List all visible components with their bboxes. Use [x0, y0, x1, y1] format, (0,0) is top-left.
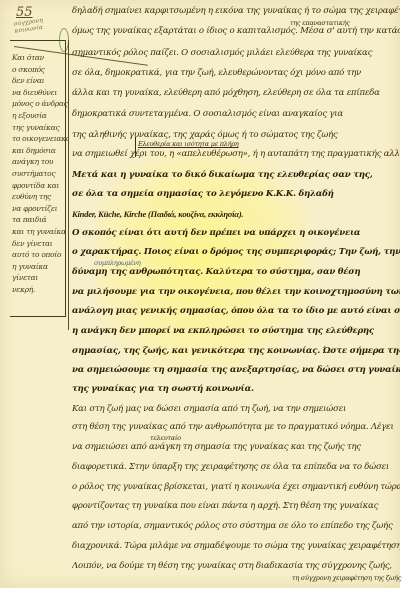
body-line: Μετά και η γυναίκα το δικό δικαίωμα της … — [72, 170, 400, 180]
margin-note-line: μόνος ο άνδρας — [12, 98, 68, 110]
body-line: να μιλήσουμε για την οικογένεια, που θέλ… — [72, 287, 400, 297]
manuscript-page: 55 σύγχρονη κοινωνία Και όταν ο σκοπός δ… — [0, 0, 400, 588]
body-line: να σημειώσουμε τη σημασία της ανεξαρτησί… — [72, 365, 400, 375]
body-line: δύναμη της ανθρωπότητας. Καλύτερα το σύσ… — [72, 267, 400, 277]
margin-note-line: συστήματος — [12, 168, 68, 180]
margin-note-line: φροντίδα και — [12, 180, 68, 192]
margin-note-line: Και όταν — [12, 52, 68, 64]
body-line: να σημειωθεί χέρι του, η «απελευθέρωση»,… — [72, 149, 400, 159]
body-line: της αληθινής γυναίκας, της χαράς όμως ή … — [72, 130, 400, 140]
interlinear-insert: τη σύγχρονη χειραφέτηση της ζωής — [292, 574, 401, 582]
body-line: ο χαρακτήρας. Ποιος είναι ο δρόμος της σ… — [72, 247, 400, 257]
margin-note: Και όταν ο σκοπός δεν είναι να διευθύνει… — [12, 52, 68, 295]
body-line-kinder-kuche-kirche: Kinder, Küche, Kirche (Παιδιά, κουζίνα, … — [72, 209, 400, 219]
body-line: από την ιστορία, σημαντικός ρόλος στο σύ… — [72, 521, 400, 531]
body-line: σημασίας, της ζωής, και γενικότερα της κ… — [72, 346, 400, 356]
margin-note-line: ευθύνη της — [12, 191, 68, 203]
margin-note-line: το οικογενειακό — [12, 133, 68, 145]
body-line: Λοιπόν, να δούμε τη θέση της γυναίκας στ… — [72, 561, 400, 571]
body-line: η ανάγκη δεν μπορεί να εκπληρώσει το σύσ… — [72, 326, 400, 336]
body-line: σε όλα, δημοκρατικά, για την ζωή, ελευθε… — [72, 68, 400, 78]
margin-note-line: και τη γυναίκα — [12, 226, 68, 238]
body-line: Ο σκοπός είναι ότι αυτή δεν πρέπει να υπ… — [72, 228, 400, 238]
interlinear-insert: συμπληρωμένη — [94, 259, 141, 267]
margin-rule — [68, 40, 69, 330]
body-line: δημοκρατικά συντεταγμένα. Ο σοσιαλισμός … — [72, 109, 400, 119]
body-line: Και στη ζωή μας να δώσει σημασία από τη … — [72, 404, 400, 414]
body-line: διαφορετικά. Στην ύπαρξη της χειραφέτηση… — [72, 462, 400, 472]
margin-note-line: η γυναίκα — [12, 261, 68, 273]
body-line: άλλα και τη γυναίκα, ελεύθερη από μόχθησ… — [72, 88, 400, 98]
margin-note-line: της γυναίκας — [12, 122, 68, 134]
body-line: διαχρονικά. Τώρα μιλάμε να σημαδέψουμε τ… — [72, 541, 400, 551]
interlinear-insert: Ελευθερία και ισότητα με πλήρη — [138, 140, 239, 148]
body-line: στη θέση της γυναίκας από την ανθρωπότητ… — [72, 422, 400, 432]
margin-note-line: ο σκοπός — [12, 64, 68, 76]
body-line: σημαντικός ρόλος παίζει. Ο σοσιαλισμός μ… — [72, 48, 400, 58]
margin-note-line: δεν είναι — [12, 75, 68, 87]
margin-note-line: τα παιδιά — [12, 214, 68, 226]
margin-note-line: η εξουσία — [12, 110, 68, 122]
margin-note-line: να φροντίζει — [12, 203, 68, 215]
body-line: όμως της γυναίκας εξαρτάται ο ίδιος ο κα… — [72, 26, 400, 36]
body-line: της γυναίκας για τη σωστή κοινωνία. — [72, 384, 400, 394]
margin-note-line: δεν γίνεται — [12, 238, 68, 250]
interlinear-insert: τελευταίο — [150, 434, 181, 442]
margin-note-line: να διευθύνει — [12, 87, 68, 99]
body-line: να σημειώσει από ανάγκη τη σημασία της γ… — [72, 442, 400, 452]
margin-note-line: ανάγκη του — [12, 156, 68, 168]
body-line: ο ρόλος της γυναίκας βρίσκεται, γιατί η … — [72, 482, 400, 492]
margin-note-line: και δημόσια — [12, 145, 68, 157]
body-line: δηλαδή σημαίνει καρφιτσωμένη η εικόνα τη… — [72, 6, 400, 16]
margin-note-line: αυτό το οποίο — [12, 249, 68, 261]
body-line: ανάλογη μιας γενικής σημασίας, όπου όλα … — [72, 306, 400, 316]
body-line: φροντίζοντας τη γυναίκα που είναι πάντα … — [72, 501, 400, 511]
margin-note-line: γίνεται — [12, 272, 68, 284]
body-line: σε όλα τα σημεία σημασίας το λεγόμενο K.… — [72, 189, 400, 199]
margin-note-line: νεκρή. — [12, 284, 68, 296]
